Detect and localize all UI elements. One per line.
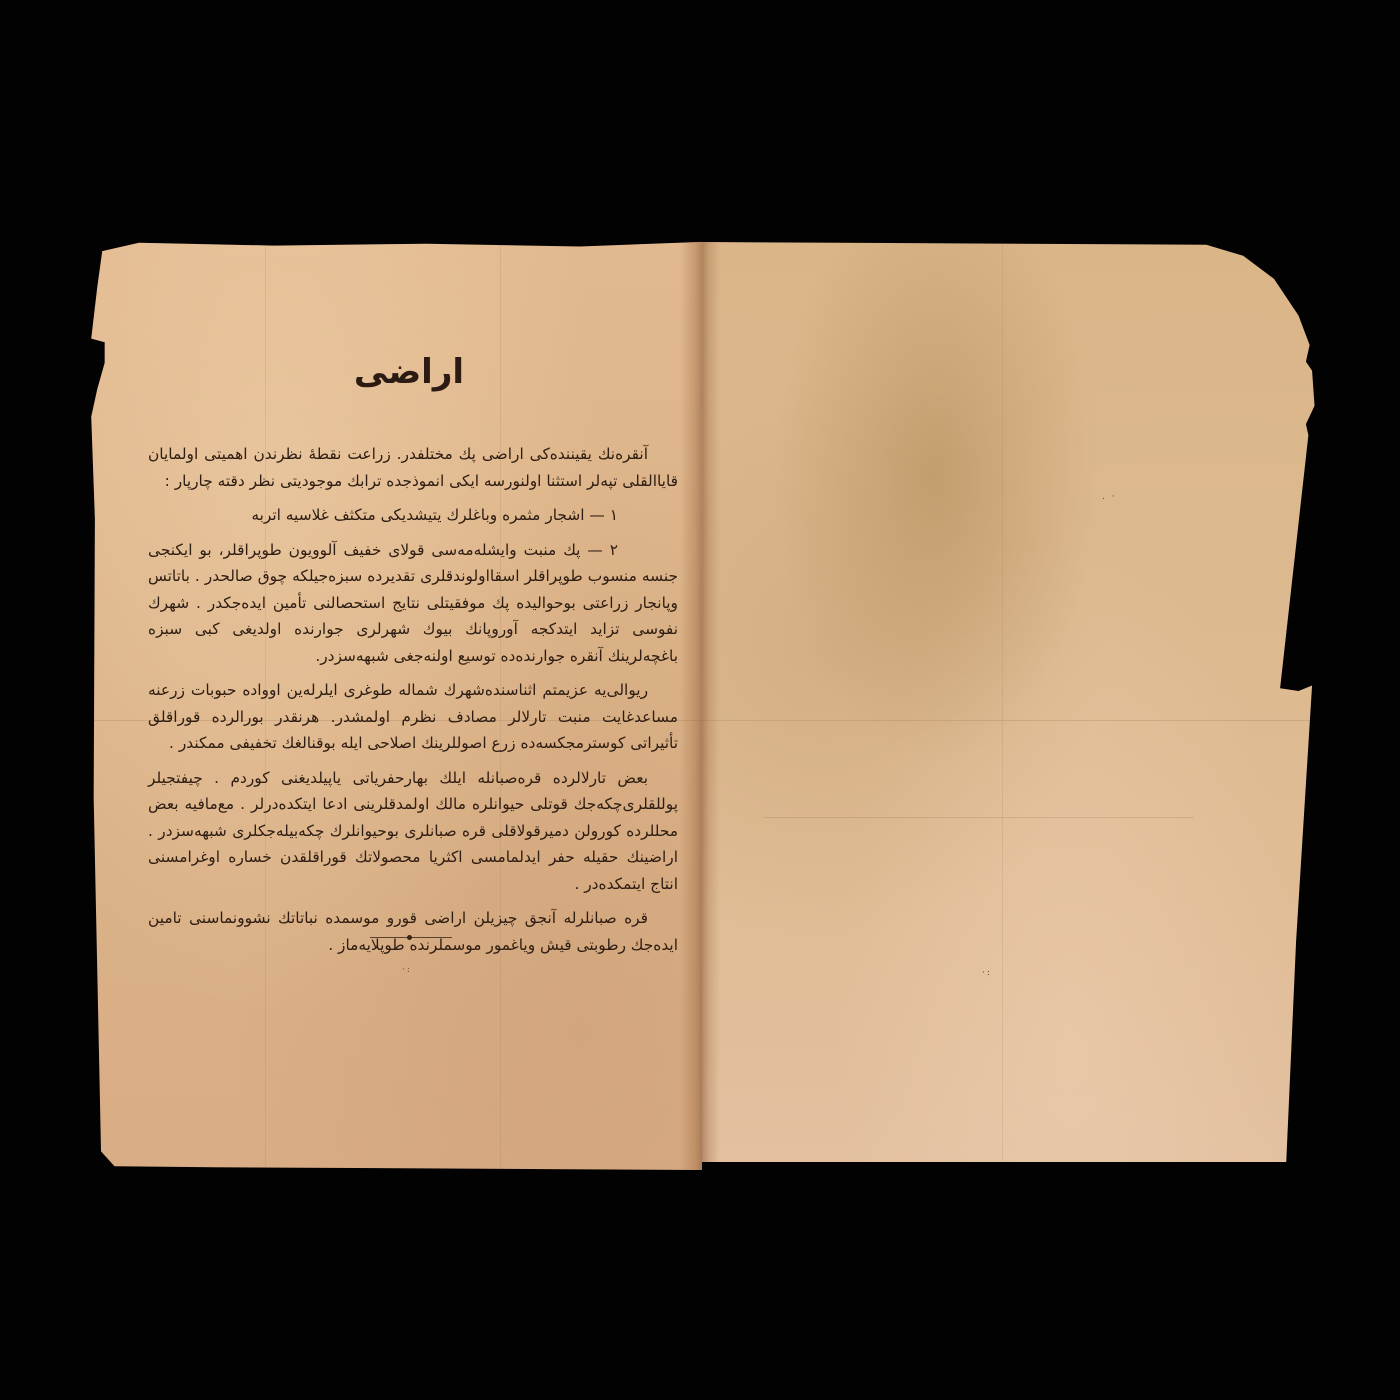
paragraph-rivali: ريوالی‌يه عزيمتم اثناسنده‌شهرك شماله طوغ… (148, 677, 678, 757)
ornament-dot (407, 935, 412, 940)
document-title: اراضی (148, 355, 678, 389)
paper-speck: . · (1102, 492, 1117, 502)
paragraph-plowing: بعض تارلالرده قره‌صبانله ايلك بهارحفريات… (148, 765, 678, 898)
list-item-2: ٢ — پك منبت وايشله‌مه‌سی قولای خفيف آلوو… (148, 537, 678, 670)
list-item-1: ١ — اشجار مثمره وباغلرك يتيشديكی متكثف غ… (148, 502, 678, 529)
document-text: اراضی آنقره‌نك يقيننده‌كی اراضی پك مختلف… (148, 355, 678, 966)
paragraph-intro: آنقره‌نك يقيننده‌كی اراضی پك مختلفدر. زر… (148, 441, 678, 494)
fold-crease (702, 720, 1317, 721)
paragraph-moisture: قره صبانلرله آنجق چيزيلن اراضی قورو موسم… (148, 905, 678, 958)
black-backdrop: ·: . · اراضی آنقره‌نك يقيننده‌كی اراضی پ… (0, 0, 1400, 1400)
paper-speck: ·: (402, 965, 412, 975)
right-page: ·: . · (702, 242, 1317, 1162)
paper-speck: ·: (982, 968, 992, 978)
paper-crease (764, 817, 1195, 818)
section-end-ornament (370, 936, 452, 940)
paper-crease (1002, 242, 1003, 1162)
